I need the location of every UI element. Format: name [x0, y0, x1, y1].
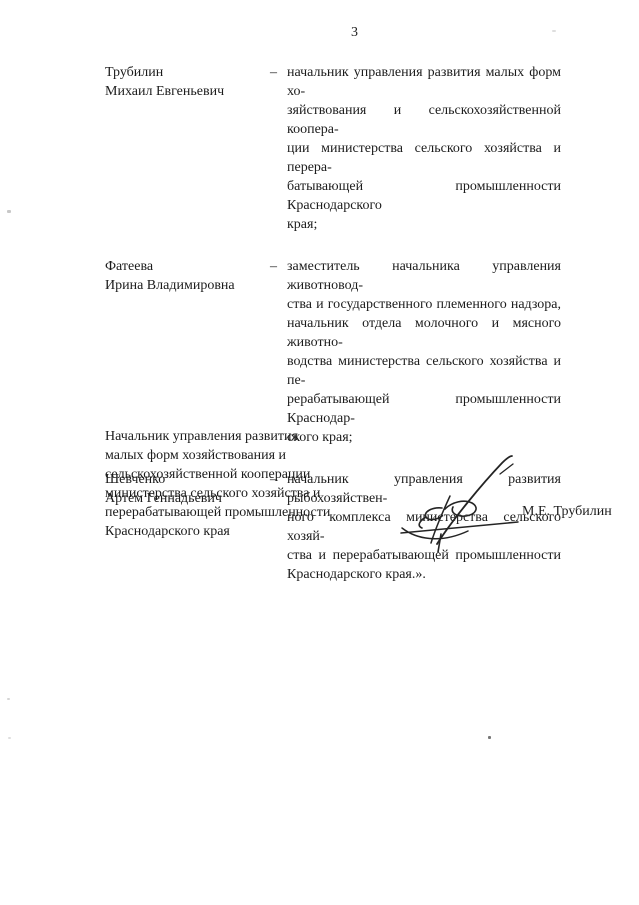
official-name-line: Михаил Евгеньевич — [105, 82, 270, 101]
official-name-line: Ирина Владимировна — [105, 276, 270, 295]
official-position: начальник управления развития малых форм… — [287, 63, 561, 234]
official-name-line: Фатеева — [105, 257, 270, 276]
signatory-title-line: министерства сельского хозяйства и — [105, 484, 355, 503]
official-entry: Трубилин Михаил Евгеньевич – начальник у… — [105, 63, 563, 234]
position-line: начальник отдела молочного и мясного жив… — [287, 314, 561, 352]
scan-speck — [7, 210, 11, 213]
position-line: ции министерства сельского хозяйства и п… — [287, 139, 561, 177]
position-line: батывающей промышленности Краснодарского — [287, 177, 561, 215]
position-line: края; — [287, 215, 561, 234]
official-name: Трубилин Михаил Евгеньевич — [105, 63, 270, 101]
scan-speck — [8, 737, 11, 739]
scan-speck — [488, 736, 491, 739]
page-number: 3 — [351, 24, 358, 41]
position-line: заместитель начальника управления животн… — [287, 257, 561, 295]
official-name: Фатеева Ирина Владимировна — [105, 257, 270, 295]
official-position: заместитель начальника управления животн… — [287, 257, 561, 447]
signatory-title-line: сельскохозяйственной кооперации — [105, 465, 355, 484]
signatory-title-line: Начальник управления развития — [105, 427, 355, 446]
official-name-line: Трубилин — [105, 63, 270, 82]
position-line: водства министерства сельского хозяйства… — [287, 352, 561, 390]
document-page: 3 Трубилин Михаил Евгеньевич – начальник… — [0, 0, 639, 905]
signatory-title-line: малых форм хозяйствования и — [105, 446, 355, 465]
signatory-name: М.Е. Трубилин — [522, 502, 612, 521]
official-entry: Фатеева Ирина Владимировна – заместитель… — [105, 257, 563, 447]
position-line: рерабатывающей промышленности Краснодар- — [287, 390, 561, 428]
signatory-title: Начальник управления развития малых форм… — [105, 427, 355, 541]
position-line: начальник управления развития малых форм… — [287, 63, 561, 101]
signatory-title-line: Краснодарского края — [105, 522, 355, 541]
signature-icon — [398, 447, 528, 562]
position-line: Краснодарского края.». — [287, 565, 561, 584]
position-line: ства и государственного племенного надзо… — [287, 295, 561, 314]
entry-dash: – — [270, 257, 287, 276]
position-line: зяйствования и сельскохозяйственной кооп… — [287, 101, 561, 139]
scan-speck — [7, 698, 10, 700]
entry-dash: – — [270, 63, 287, 82]
scan-speck — [552, 30, 556, 32]
signatory-title-line: перерабатывающей промышленности — [105, 503, 355, 522]
